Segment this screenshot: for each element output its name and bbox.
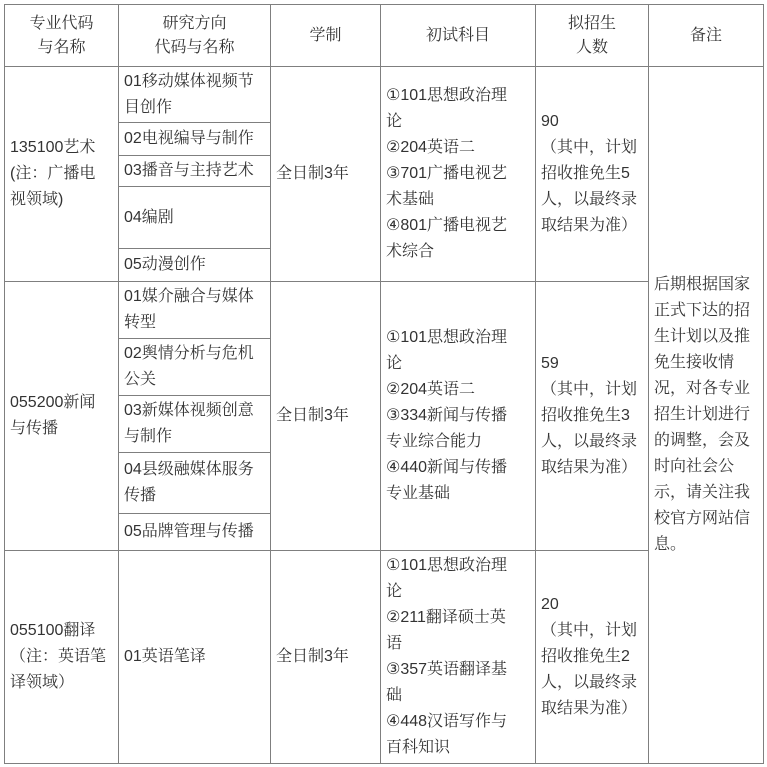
table-row: 135100艺术 (注：广播电 视领域) 01移动媒体视频节 目创作 全日制3年… [5,67,764,123]
header-row: 专业代码 与名称 研究方向 代码与名称 学制 初试科目 拟招生 人数 备注 [5,5,764,67]
duration-cell: 全日制3年 [271,67,381,282]
page: 专业代码 与名称 研究方向 代码与名称 学制 初试科目 拟招生 人数 备注 13… [0,0,767,767]
exam-subjects-cell: ①101思想政治理 论 ②204英语二 ③334新闻与传播 专业综合能力 ④44… [381,282,536,551]
enrollment-cell: 90 （其中，计划 招收推免生5 人，以最终录 取结果为准） [536,67,649,282]
direction-cell: 01媒介融合与媒体 转型 [119,282,271,339]
direction-cell: 03新媒体视频创意 与制作 [119,396,271,453]
header-enrollment: 拟招生 人数 [536,5,649,67]
direction-cell: 05动漫创作 [119,249,271,282]
duration-cell: 全日制3年 [271,282,381,551]
direction-cell: 01移动媒体视频节 目创作 [119,67,271,123]
admissions-table: 专业代码 与名称 研究方向 代码与名称 学制 初试科目 拟招生 人数 备注 13… [4,4,764,764]
remark-cell: 后期根据国家正式下达的招生计划以及推免生接收情况，对各专业招生计划进行的调整，会… [649,67,764,764]
direction-cell: 02电视编导与制作 [119,123,271,156]
header-research-direction: 研究方向 代码与名称 [119,5,271,67]
exam-subjects-cell: ①101思想政治理 论 ②211翻译硕士英 语 ③357英语翻译基 础 ④448… [381,551,536,764]
program-cell: 055200新闻 与传播 [5,282,119,551]
exam-subjects-cell: ①101思想政治理 论 ②204英语二 ③701广播电视艺 术基础 ④801广播… [381,67,536,282]
direction-cell: 05品牌管理与传播 [119,514,271,551]
header-exam-subjects: 初试科目 [381,5,536,67]
direction-cell: 02舆情分析与危机 公关 [119,339,271,396]
direction-cell: 03播音与主持艺术 [119,156,271,187]
direction-cell: 01英语笔译 [119,551,271,764]
enrollment-cell: 20 （其中，计划 招收推免生2 人，以最终录 取结果为准） [536,551,649,764]
duration-cell: 全日制3年 [271,551,381,764]
enrollment-cell: 59 （其中，计划 招收推免生3 人，以最终录 取结果为准） [536,282,649,551]
direction-cell: 04县级融媒体服务 传播 [119,453,271,514]
header-remark: 备注 [649,5,764,67]
header-duration: 学制 [271,5,381,67]
header-program-code: 专业代码 与名称 [5,5,119,67]
direction-cell: 04编剧 [119,187,271,249]
program-cell: 055100翻译 （注：英语笔 译领域） [5,551,119,764]
program-cell: 135100艺术 (注：广播电 视领域) [5,67,119,282]
